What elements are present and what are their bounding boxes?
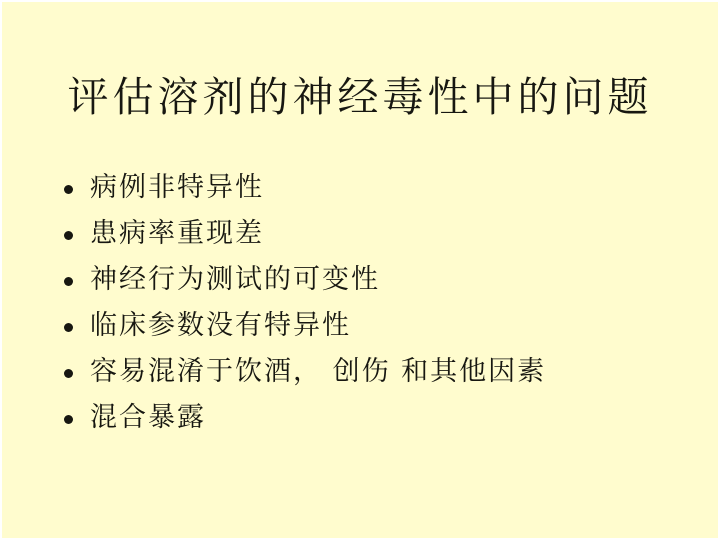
list-item: 病例非特异性 [64, 165, 718, 211]
list-item: 容易混淆于饮酒， 创伤 和其他因素 [64, 349, 718, 395]
bullet-text: 患病率重现差 [90, 211, 264, 257]
list-item: 神经行为测试的可变性 [64, 257, 718, 303]
bullet-dot-icon [64, 323, 73, 332]
slide-title: 评估溶剂的神经毒性中的问题 [2, 2, 718, 123]
bullet-dot-icon [64, 415, 73, 424]
bullet-dot-icon [64, 185, 73, 194]
bullet-text: 混合暴露 [90, 395, 206, 441]
bullet-dot-icon [64, 277, 73, 286]
bullet-list: 病例非特异性 患病率重现差 神经行为测试的可变性 临床参数没有特异性 容易混淆于… [64, 165, 718, 441]
list-item: 患病率重现差 [64, 211, 718, 257]
list-item: 临床参数没有特异性 [64, 303, 718, 349]
bullet-text: 容易混淆于饮酒， 创伤 和其他因素 [90, 349, 546, 395]
list-item: 混合暴露 [64, 395, 718, 441]
bullet-text: 临床参数没有特异性 [90, 303, 351, 349]
bullet-text: 病例非特异性 [90, 165, 264, 211]
bullet-text: 神经行为测试的可变性 [90, 257, 380, 303]
slide: 评估溶剂的神经毒性中的问题 病例非特异性 患病率重现差 神经行为测试的可变性 临… [0, 0, 720, 540]
bullet-dot-icon [64, 231, 73, 240]
bullet-dot-icon [64, 369, 73, 378]
